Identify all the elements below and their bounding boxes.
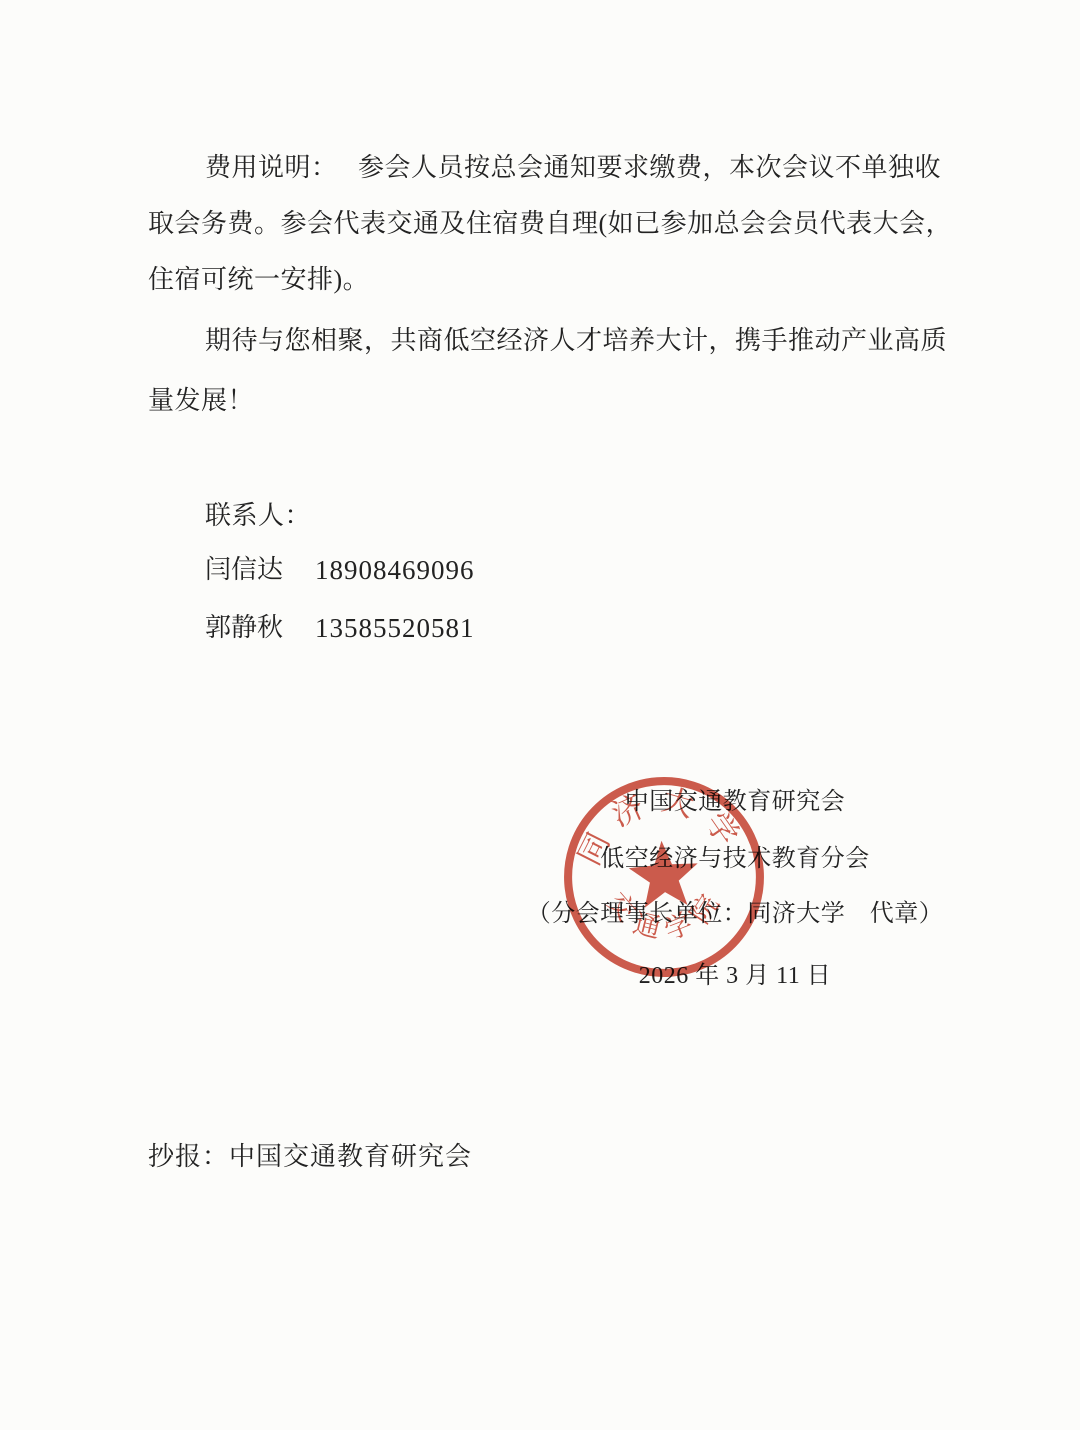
- cc-line: 抄报：中国交通教育研究会: [148, 1140, 472, 1174]
- fee-paragraph-line-3: 住宿可统一安排)。: [148, 263, 369, 297]
- fee-paragraph-line-1: 费用说明： 参会人员按总会通知要求缴费，本次会议不单独收: [205, 151, 941, 185]
- document-page: 费用说明： 参会人员按总会通知要求缴费，本次会议不单独收 取会务费。参会代表交通…: [0, 0, 1080, 1430]
- contact-row: 郭静秋 13585520581: [205, 611, 475, 645]
- seal-star-icon: [627, 838, 700, 908]
- closing-paragraph-line-1: 期待与您相聚，共商低空经济人才培养大计，携手推动产业高质: [205, 324, 947, 358]
- contacts-heading: 联系人：: [205, 499, 311, 533]
- contact-phone: 13585520581: [315, 611, 475, 645]
- fee-paragraph-line-2: 取会务费。参会代表交通及住宿费自理(如已参加总会会员代表大会，: [148, 207, 952, 241]
- official-seal: 同济大学 交通学院: [552, 765, 776, 989]
- closing-paragraph-line-2: 量发展！: [148, 384, 254, 418]
- contact-name: 郭静秋: [205, 611, 283, 645]
- contact-name: 闫信达: [205, 553, 283, 587]
- contact-row: 闫信达 18908469096: [205, 553, 475, 587]
- contact-phone: 18908469096: [315, 553, 475, 587]
